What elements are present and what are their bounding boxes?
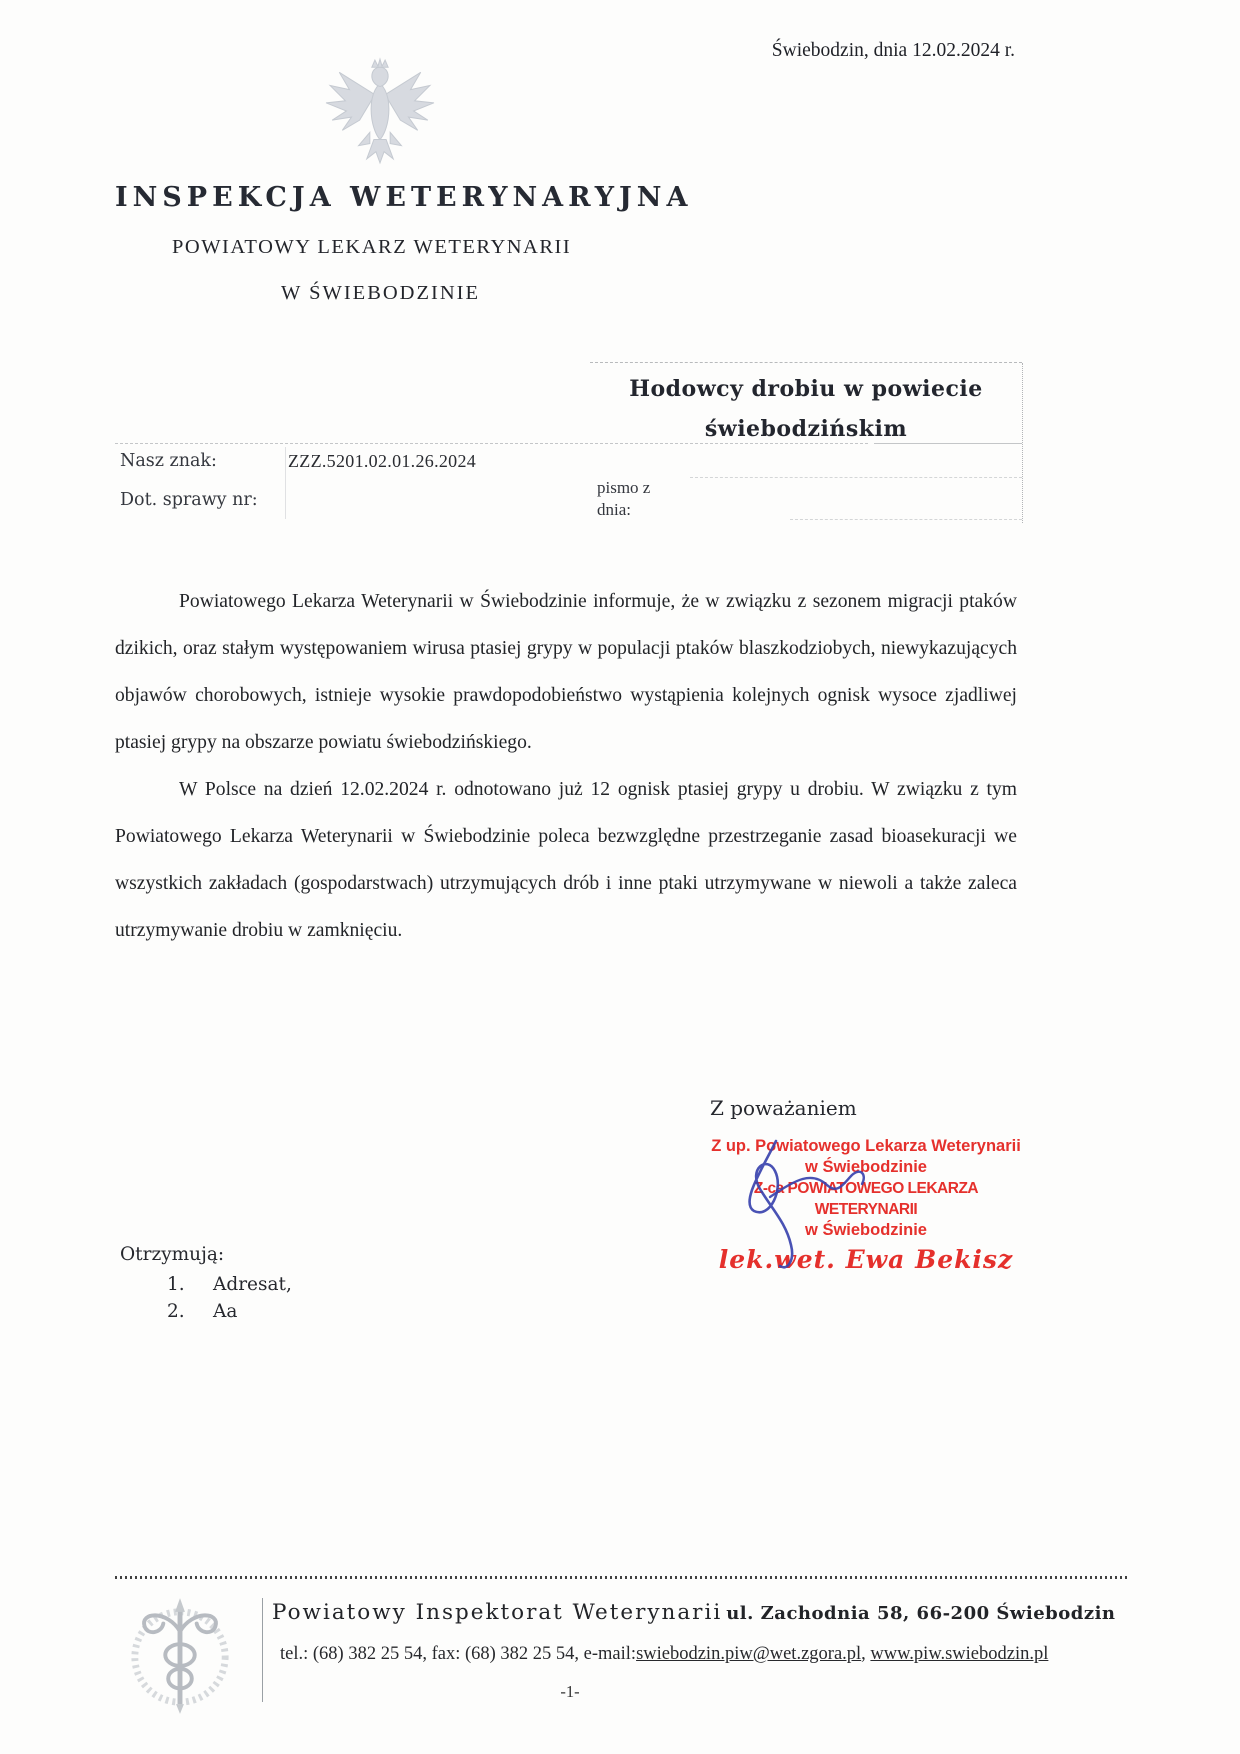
footer-website-link[interactable]: www.piw.swiebodzin.pl: [870, 1644, 1048, 1664]
footer-office-line: Powiatowy Inspektorat Weterynarii ul. Za…: [272, 1600, 1116, 1625]
footer-address: ul. Zachodnia 58, 66-200 Świebodzin: [726, 1603, 1115, 1624]
list-item-text: Adresat,: [213, 1271, 292, 1298]
footer-contact-prefix: tel.: (68) 382 25 54, fax: (68) 382 25 5…: [280, 1644, 636, 1664]
list-item-number: 2.: [167, 1298, 213, 1325]
divider-right: [874, 443, 1022, 444]
nasz-znak-label: Nasz znak:: [120, 451, 217, 471]
dot-sprawy-label: Dot. sprawy nr:: [120, 490, 258, 510]
list-item-number: 1.: [167, 1271, 213, 1298]
org-subtitle-1: POWIATOWY LEKARZ WETERYNARII: [172, 236, 571, 259]
distribution-label: Otrzymują:: [120, 1244, 292, 1265]
letter-body: Powiatowego Lekarza Weterynarii w Świebo…: [115, 578, 1017, 954]
pismo-line-2: dnia:: [597, 499, 650, 521]
pismo-line-1: pismo z: [597, 477, 650, 499]
nasz-znak-value: ZZZ.5201.02.01.26.2024: [288, 451, 476, 472]
list-item: 1. Adresat,: [120, 1271, 292, 1298]
footer-office-name: Powiatowy Inspektorat Weterynarii: [272, 1600, 722, 1625]
list-item-text: Aa: [213, 1298, 237, 1325]
page-number: -1-: [0, 1682, 1140, 1702]
org-subtitle-2: W ŚWIEBODZINIE: [281, 282, 480, 305]
footer-divider: [115, 1576, 1127, 1579]
salutation: Z poważaniem: [710, 1096, 857, 1120]
paragraph-2: W Polsce na dzień 12.02.2024 r. odnotowa…: [115, 766, 1017, 954]
divider-pismo-top: [690, 477, 1022, 478]
distribution-list: Otrzymują: 1. Adresat, 2. Aa: [120, 1244, 292, 1325]
date-line: Świebodzin, dnia 12.02.2024 r.: [772, 40, 1015, 62]
footer-email-link[interactable]: swiebodzin.piw@wet.zgora.pl: [636, 1644, 861, 1664]
divider-vertical-mid: [285, 447, 286, 519]
polish-eagle-emblem-icon: [318, 56, 442, 168]
document-page: Świebodzin, dnia 12.02.2024 r. INSPEKCJA…: [0, 0, 1240, 1754]
divider-pismo-bottom: [790, 519, 1022, 520]
pismo-z-dnia-label: pismo z dnia:: [597, 477, 650, 521]
footer-contact-line: tel.: (68) 382 25 54, fax: (68) 382 25 5…: [280, 1644, 1048, 1665]
recipient-line-1: Hodowcy drobiu w powiecie: [590, 369, 1022, 409]
divider-left: [115, 443, 868, 444]
divider-vertical-right: [1022, 363, 1023, 523]
paragraph-1: Powiatowego Lekarza Weterynarii w Świebo…: [115, 578, 1017, 766]
list-item: 2. Aa: [120, 1298, 292, 1325]
recipient-block: Hodowcy drobiu w powiecie świebodzińskim: [590, 362, 1022, 449]
handwritten-signature-icon: [690, 1125, 970, 1285]
org-name: INSPEKCJA WETERYNARYJNA: [115, 182, 692, 213]
